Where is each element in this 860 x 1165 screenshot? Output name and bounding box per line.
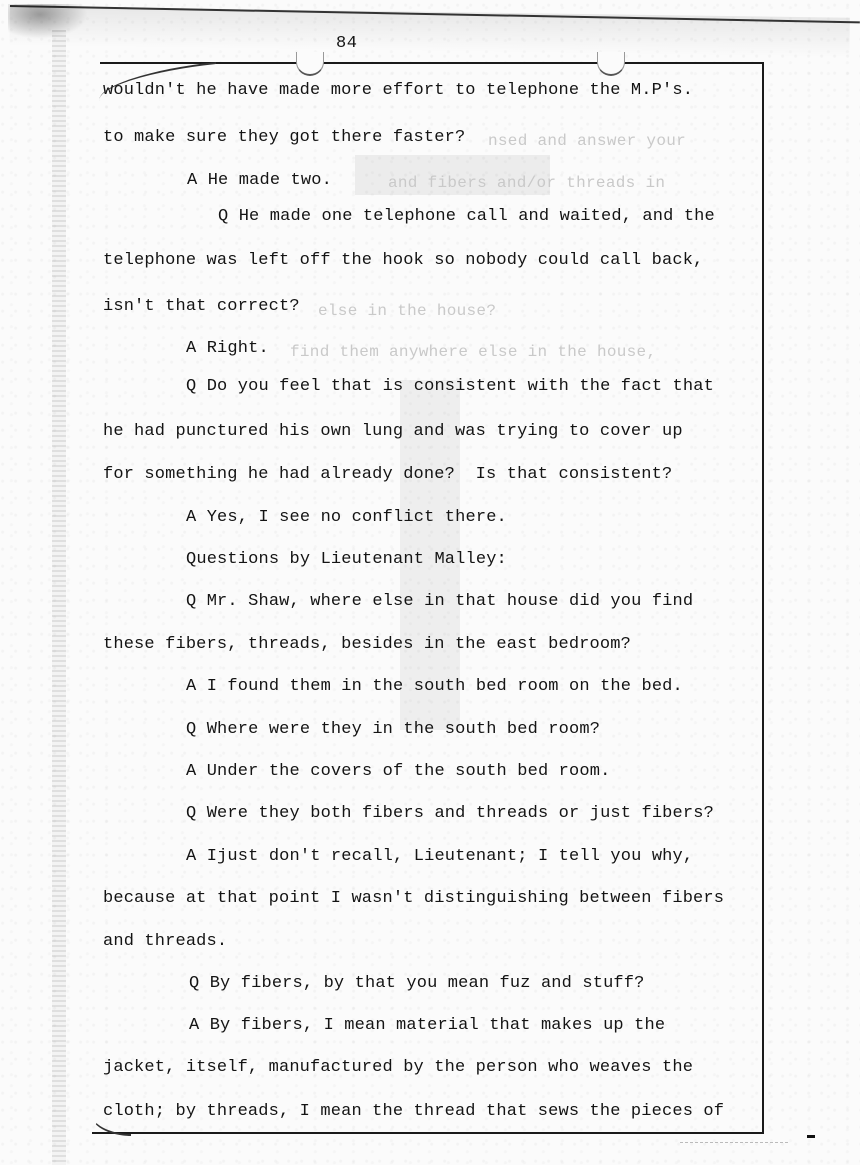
page-border-bottom	[92, 1132, 764, 1134]
faint-bottom-marks	[680, 1142, 790, 1143]
answer-line: A Yes, I see no conflict there.	[186, 508, 507, 527]
bleed-through-text: and fibers and/or threads in	[388, 174, 665, 192]
page-border-right	[762, 62, 764, 1134]
answer-line: A Right.	[186, 339, 269, 358]
transcript-line: he had punctured his own lung and was tr…	[103, 422, 683, 441]
transcript-line: cloth; by threads, I mean the thread tha…	[103, 1102, 724, 1121]
bleed-through-text: find them anywhere else in the house,	[290, 343, 656, 361]
transcript-line: telephone was left off the hook so nobod…	[103, 251, 703, 270]
question-line: Q Do you feel that is consistent with th…	[186, 377, 714, 396]
question-line: Q Were they both fibers and threads or j…	[186, 804, 714, 823]
question-line: Q Where were they in the south bed room?	[186, 720, 600, 739]
bleed-through-text: else in the house?	[318, 302, 496, 320]
answer-line: A I found them in the south bed room on …	[186, 677, 683, 696]
section-heading: Questions by Lieutenant Malley:	[186, 550, 507, 569]
answer-line: A Ijust don't recall, Lieutenant; I tell…	[186, 847, 693, 866]
question-line: Q He made one telephone call and waited,…	[218, 207, 715, 226]
bleed-through-text: nsed and answer your	[488, 132, 686, 150]
page-number: 84	[336, 34, 357, 53]
transcript-line: and threads.	[103, 932, 227, 951]
transcript-line: for something he had already done? Is th…	[103, 465, 672, 484]
corner-smudge	[8, 4, 88, 39]
binding-shadow-strip	[52, 30, 66, 1165]
answer-line: A He made two.	[187, 171, 332, 190]
stray-mark	[807, 1135, 815, 1138]
transcript-line: these fibers, threads, besides in the ea…	[103, 635, 631, 654]
question-line: Q By fibers, by that you mean fuz and st…	[189, 974, 644, 993]
transcript-line: jacket, itself, manufactured by the pers…	[103, 1058, 693, 1077]
transcript-line: wouldn't he have made more effort to tel…	[103, 81, 693, 100]
question-line: Q Mr. Shaw, where else in that house did…	[186, 592, 693, 611]
answer-line: A By fibers, I mean material that makes …	[189, 1016, 665, 1035]
transcript-line: because at that point I wasn't distingui…	[103, 889, 724, 908]
transcript-line: isn't that correct?	[103, 297, 300, 316]
answer-line: A Under the covers of the south bed room…	[186, 762, 610, 781]
transcript-line: to make sure they got there faster?	[103, 128, 465, 147]
